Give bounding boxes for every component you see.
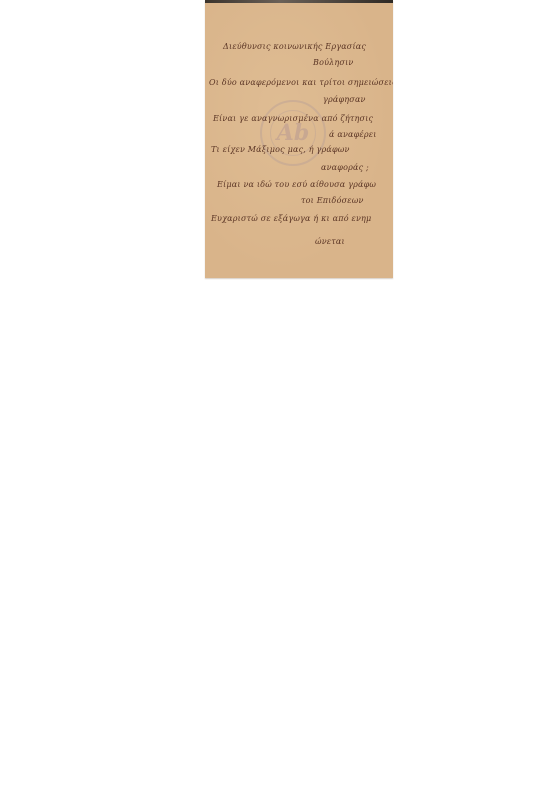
handwritten-line-11: Ευχαριστώ σε εξάγωγα ή κι από ενημ — [211, 214, 371, 223]
scan-top-edge — [205, 0, 393, 3]
handwritten-line-4: γράφησαν — [323, 95, 366, 104]
handwritten-line-10: τοι Επιδόσεων — [301, 196, 364, 205]
handwritten-line-12: ώνεται — [315, 237, 345, 246]
handwritten-line-1: Διεύθυνσις κοινωνικής Εργασίας — [223, 42, 366, 51]
handwritten-line-6: ά αναφέρει — [329, 130, 377, 139]
seal-stamp: Ab — [260, 100, 326, 166]
handwritten-line-2: Βούλησιν — [313, 58, 353, 67]
handwritten-line-5: Είναι γε αναγνωρισμένα από ζήτησις — [213, 114, 373, 123]
handwritten-line-8: αναφοράς ; — [321, 163, 369, 172]
handwritten-line-3: Οι δύο αναφερόμενοι και τρίτοι σημειώσει… — [209, 78, 393, 87]
letter-paper: Ab Διεύθυνσις κοινωνικής Εργασίας Βούλησ… — [205, 0, 393, 278]
handwritten-line-7: Τι είχεν Μάξιμος μας, ή γράφων — [211, 145, 350, 154]
handwritten-line-9: Είμαι να ιδώ του εσύ αίθουσα γράφω — [217, 180, 376, 189]
